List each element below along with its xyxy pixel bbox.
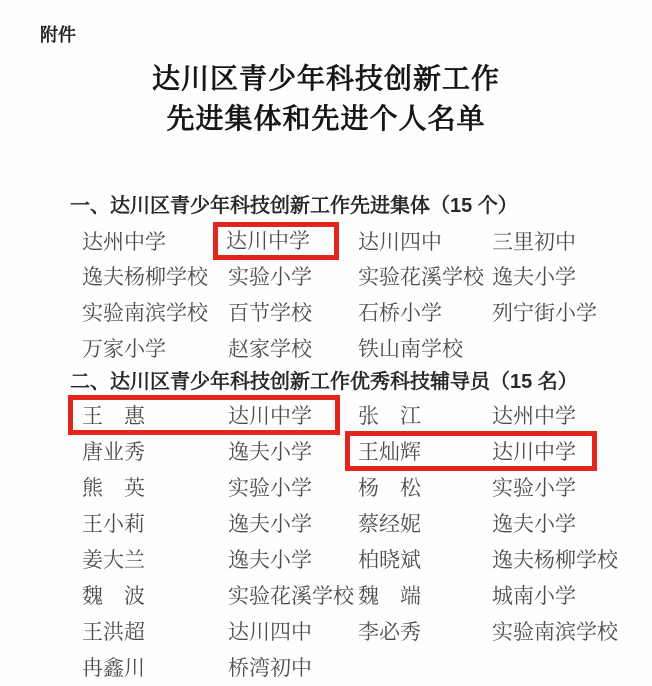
section2-heading: 二、达川区青少年科技创新工作优秀科技辅导员（15 名） (70, 365, 578, 394)
school-row: 达州中学 达川中学 达川四中 三里初中 (82, 222, 634, 258)
school-name: 实验花溪学校 (358, 261, 492, 291)
person-school: 达川中学 (228, 400, 358, 430)
person-name: 唐业秀 (82, 436, 228, 466)
person-name: 柏晓斌 (358, 544, 492, 574)
document-title-line2: 先进集体和先进个人名单 (0, 100, 652, 140)
person-school: 达州中学 (492, 400, 634, 430)
person-school: 实验小学 (228, 472, 358, 502)
school-name: 三里初中 (492, 226, 634, 256)
school-name: 石桥小学 (358, 297, 492, 327)
person-school: 逸夫杨柳学校 (492, 544, 634, 574)
person-name: 王 惠 (82, 400, 228, 430)
person-row: 冉鑫川 桥湾初中 (82, 649, 634, 685)
school-name: 百节学校 (228, 297, 358, 327)
person-name: 魏 端 (358, 580, 492, 610)
person-name: 杨 松 (358, 472, 492, 502)
person-name: 蔡经妮 (358, 508, 492, 538)
person-name: 魏 波 (82, 580, 228, 610)
person-name: 李必秀 (358, 616, 492, 646)
person-name: 王洪超 (82, 616, 228, 646)
document-title-line1: 达川区青少年科技创新工作 (0, 60, 652, 100)
highlight-box: 达川中学 (213, 222, 339, 260)
person-row: 王洪超 达川四中 李必秀 实验南滨学校 (82, 613, 634, 649)
attachment-label: 附件 (40, 21, 76, 47)
school-name: 逸夫杨柳学校 (82, 261, 228, 291)
school-name: 达州中学 (82, 226, 228, 256)
person-row: 熊 英 实验小学 杨 松 实验小学 (82, 469, 634, 505)
school-name: 实验小学 (228, 261, 358, 291)
person-row: 魏 波 实验花溪学校 魏 端 城南小学 (82, 577, 634, 613)
school-name: 实验南滨学校 (82, 297, 228, 327)
person-row: 王 惠 达川中学 张 江 达州中学 (82, 397, 634, 433)
person-school: 实验小学 (492, 472, 634, 502)
document-title: 达川区青少年科技创新工作 先进集体和先进个人名单 (0, 60, 652, 140)
person-name: 张 江 (358, 400, 492, 430)
person-school: 实验花溪学校 (228, 580, 358, 610)
person-school: 逸夫小学 (228, 436, 358, 466)
school-name: 列宁街小学 (492, 297, 634, 327)
person-name: 熊 英 (82, 472, 228, 502)
document-page: { "accent": { "highlight_red": "#e3261d"… (0, 0, 652, 686)
school-row: 实验南滨学校 百节学校 石桥小学 列宁街小学 (82, 294, 634, 330)
section1-school-list: 达州中学 达川中学 达川四中 三里初中 逸夫杨柳学校 实验小学 实验花溪学校 逸… (82, 222, 634, 366)
person-name: 王灿辉 (358, 436, 492, 466)
section2-person-list: 王 惠 达川中学 张 江 达州中学 唐业秀 逸夫小学 王灿辉 达川中学 熊 英 … (82, 397, 634, 685)
person-row: 王小莉 逸夫小学 蔡经妮 逸夫小学 (82, 505, 634, 541)
school-name: 赵家学校 (228, 333, 358, 363)
person-school: 逸夫小学 (492, 508, 634, 538)
person-school: 达川中学 (492, 436, 634, 466)
person-name: 王小莉 (82, 508, 228, 538)
person-school: 实验南滨学校 (492, 616, 634, 646)
school-name: 万家小学 (82, 333, 228, 363)
person-name: 姜大兰 (82, 544, 228, 574)
person-row: 姜大兰 逸夫小学 柏晓斌 逸夫杨柳学校 (82, 541, 634, 577)
school-row: 逸夫杨柳学校 实验小学 实验花溪学校 逸夫小学 (82, 258, 634, 294)
school-name: 逸夫小学 (492, 261, 634, 291)
person-school: 达川四中 (228, 616, 358, 646)
school-name: 铁山南学校 (358, 333, 492, 363)
section1-heading: 一、达川区青少年科技创新工作先进集体（15 个） (70, 189, 518, 218)
person-row: 唐业秀 逸夫小学 王灿辉 达川中学 (82, 433, 634, 469)
person-name: 冉鑫川 (82, 652, 228, 682)
highlighted-school-cell: 达川中学 (228, 222, 358, 260)
school-name: 达川四中 (358, 226, 492, 256)
school-row: 万家小学 赵家学校 铁山南学校 (82, 330, 634, 366)
person-school: 逸夫小学 (228, 508, 358, 538)
person-school: 城南小学 (492, 580, 634, 610)
person-school: 桥湾初中 (228, 652, 358, 682)
person-school: 逸夫小学 (228, 544, 358, 574)
